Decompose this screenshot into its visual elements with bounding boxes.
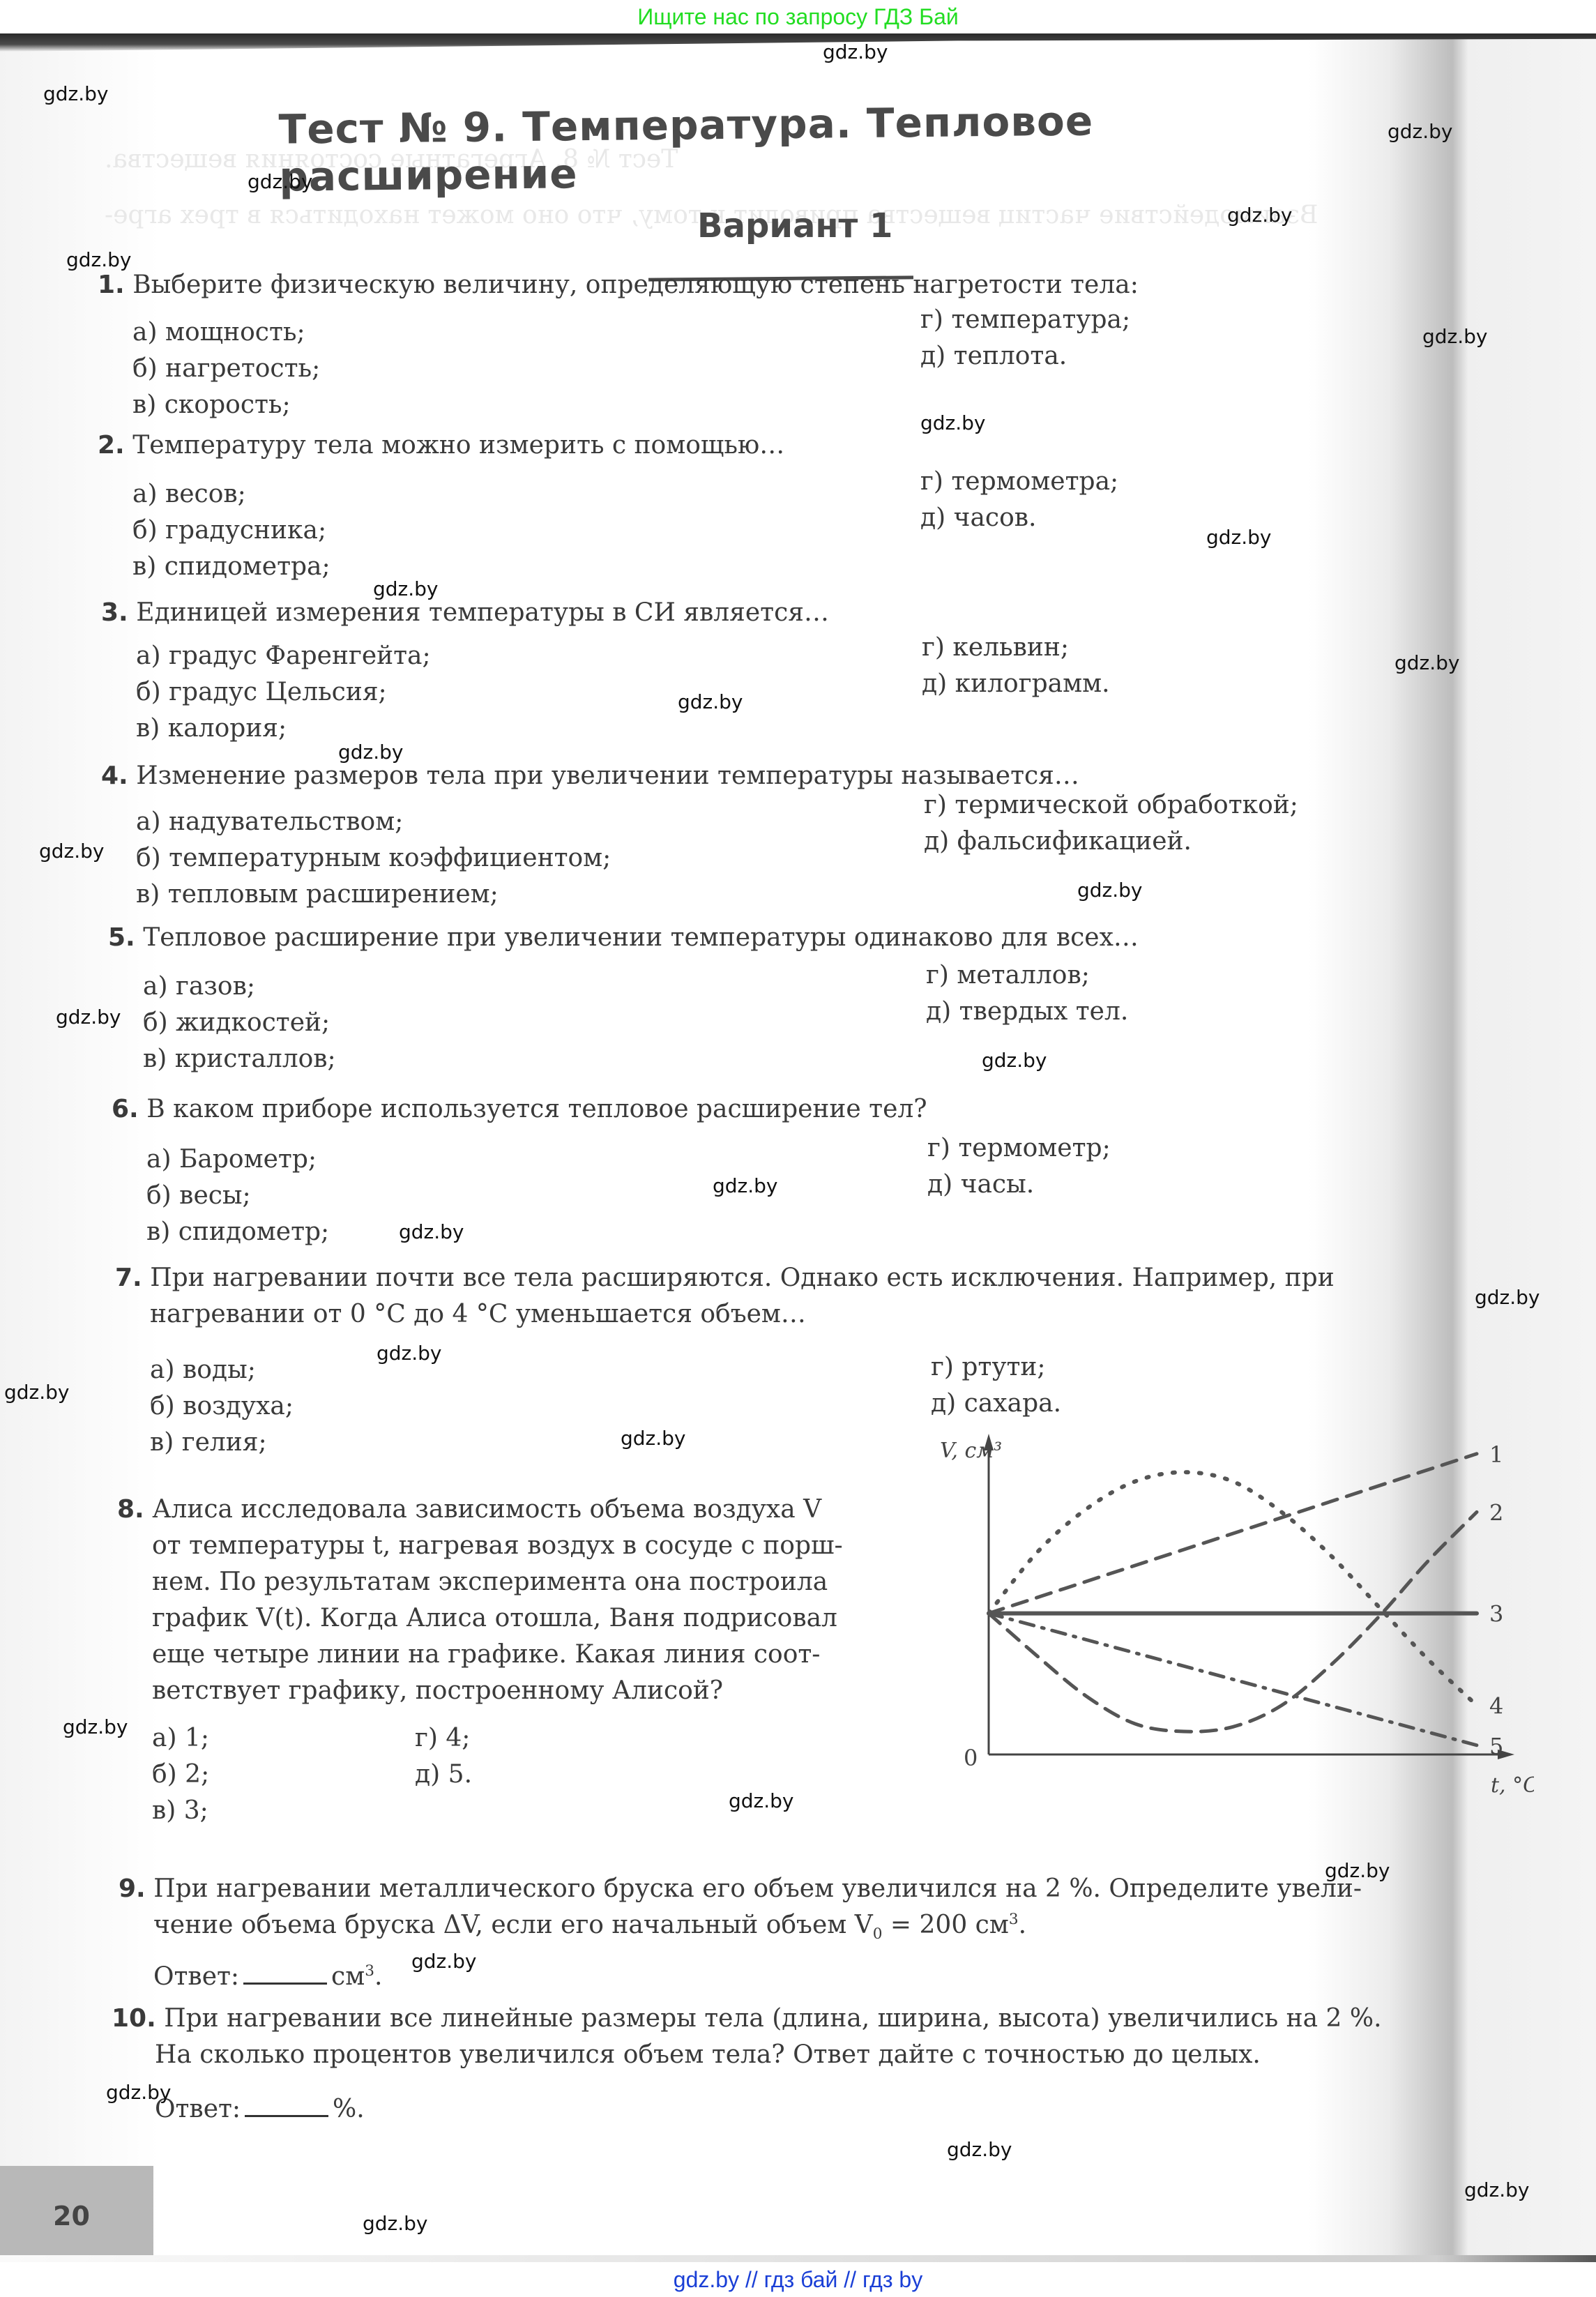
watermark: gdz.by — [56, 1006, 121, 1029]
option-d[interactable]: д) твердых тел. — [926, 997, 1128, 1026]
watermark: gdz.by — [399, 1220, 464, 1243]
question-text: Выберите физическую величину, определяющ… — [132, 271, 1139, 299]
option-b[interactable]: б) градус Цельсия; — [136, 678, 387, 706]
option-d[interactable]: д) килограмм. — [922, 669, 1110, 698]
question-text: В каком приборе используется тепловое ра… — [146, 1095, 927, 1123]
option-d[interactable]: д) часов. — [920, 503, 1036, 532]
watermark: gdz.by — [338, 741, 404, 764]
graph-line-2 — [989, 1512, 1477, 1731]
question-8-line: нем. По результатам эксперимента она пос… — [152, 1565, 828, 1600]
question-number: 6. — [112, 1095, 139, 1123]
option-a[interactable]: а) весов; — [132, 480, 246, 508]
option-v[interactable]: в) спидометра; — [132, 552, 330, 581]
question-number: 4. — [101, 761, 128, 790]
textbook-page: Тест № 8. Агрегатные состояния вещества.… — [0, 33, 1596, 2262]
question-number: 7. — [115, 1264, 142, 1292]
option-d[interactable]: д) сахара. — [931, 1389, 1061, 1418]
option-v[interactable]: в) калория; — [136, 714, 287, 743]
watermark: gdz.by — [1077, 879, 1143, 902]
bottom-banner: gdz.by // гдз бай // гдз by — [0, 2262, 1596, 2297]
answer-label: Ответ: — [153, 1962, 239, 1991]
watermark: gdz.by — [678, 690, 743, 713]
watermark: gdz.by — [920, 411, 986, 434]
question-8-line: от температуры t, нагревая воздух в сосу… — [152, 1529, 843, 1563]
option-a[interactable]: а) надувательством; — [136, 808, 403, 836]
question-2: 2. Температуру тела можно измерить с пом… — [98, 428, 784, 463]
question-text: При нагревании почти все тела расширяютс… — [150, 1264, 1335, 1292]
option-a[interactable]: а) 1; — [152, 1724, 209, 1752]
graph-svg: V, см³0t, °C12345 — [934, 1423, 1534, 1813]
option-b[interactable]: б) температурным коэффициентом; — [136, 844, 611, 872]
question-9-line-2: чение объема бруска ΔV, если его начальн… — [153, 1908, 1026, 1945]
question-5: 5. Тепловое расширение при увеличении те… — [108, 920, 1139, 955]
watermark: gdz.by — [248, 170, 313, 193]
top-banner: Ищите нас по запросу ГДЗ Бай — [0, 0, 1596, 33]
svg-text:0: 0 — [964, 1745, 978, 1771]
watermark: gdz.by — [729, 1789, 794, 1812]
option-b[interactable]: б) жидкостей; — [143, 1008, 330, 1037]
watermark: gdz.by — [66, 248, 132, 271]
question-7-line-2: нагревании от 0 °С до 4 °С уменьшается о… — [150, 1297, 806, 1332]
watermark: gdz.by — [1422, 325, 1488, 348]
svg-text:V, см³: V, см³ — [940, 1439, 1002, 1463]
option-g[interactable]: г) ртути; — [931, 1353, 1046, 1381]
question-number: 5. — [108, 923, 135, 952]
option-v[interactable]: в) спидометр; — [146, 1218, 329, 1246]
watermark: gdz.by — [1394, 651, 1460, 674]
question-8-line: график V(t). Когда Алиса отошла, Ваня по… — [152, 1601, 837, 1636]
question-number: 3. — [101, 598, 128, 627]
page-title: Тест № 9. Температура. Тепловое расширен… — [278, 95, 1297, 200]
watermark: gdz.by — [982, 1049, 1047, 1072]
answer-blank[interactable] — [245, 2115, 328, 2117]
svg-text:1: 1 — [1489, 1441, 1503, 1468]
question-text: Алиса исследовала зависимость объема воз… — [152, 1495, 821, 1524]
answer-blank[interactable] — [243, 1983, 327, 1985]
question-8: 8. Алиса исследовала зависимость объема … — [117, 1492, 821, 1527]
watermark: gdz.by — [947, 2138, 1012, 2161]
option-g[interactable]: г) термометр; — [927, 1134, 1111, 1162]
question-3: 3. Единицей измерения температуры в СИ я… — [101, 596, 829, 630]
option-v[interactable]: в) скорость; — [132, 391, 291, 419]
answer-line-10: Ответ:%. — [155, 2092, 365, 2127]
question-10-line-2: На сколько процентов увеличился объем те… — [155, 2038, 1261, 2072]
question-10: 10. При нагревании все линейные размеры … — [112, 2001, 1382, 2036]
option-a[interactable]: а) газов; — [143, 972, 255, 1001]
question-number: 2. — [98, 431, 125, 460]
question-8-line: ветствует графику, построенному Алисой? — [152, 1674, 723, 1708]
watermark: gdz.by — [363, 2212, 428, 2235]
svg-text:2: 2 — [1489, 1499, 1503, 1526]
watermark: gdz.by — [1227, 204, 1293, 227]
question-text: При нагревании металлического бруска его… — [153, 1874, 1362, 1903]
watermark: gdz.by — [713, 1174, 778, 1197]
watermark: gdz.by — [411, 1950, 477, 1973]
option-g[interactable]: г) металлов; — [926, 961, 1090, 990]
option-g[interactable]: г) 4; — [415, 1724, 470, 1752]
question-7: 7. При нагревании почти все тела расширя… — [115, 1261, 1335, 1296]
svg-text:4: 4 — [1489, 1693, 1503, 1720]
question-text: Единицей измерения температуры в СИ явля… — [136, 598, 829, 627]
question-text: Изменение размеров тела при увеличении т… — [136, 761, 1079, 790]
option-g[interactable]: г) кельвин; — [922, 633, 1069, 662]
option-a[interactable]: а) воды; — [150, 1356, 256, 1384]
watermark: gdz.by — [1464, 2178, 1530, 2201]
question-6: 6. В каком приборе используется тепловое… — [112, 1092, 927, 1127]
watermark: gdz.by — [621, 1427, 686, 1450]
question-1: 1. Выберите физическую величину, определ… — [98, 268, 1139, 303]
answer-line-9: Ответ:см3. — [153, 1959, 382, 1994]
question-8-line: еще четыре линии на графике. Какая линия… — [152, 1637, 820, 1672]
option-b[interactable]: б) нагретость; — [132, 354, 320, 383]
option-a[interactable]: а) Барометр; — [146, 1145, 317, 1174]
watermark: gdz.by — [1475, 1286, 1540, 1309]
svg-text:3: 3 — [1489, 1601, 1503, 1628]
option-b[interactable]: б) воздуха; — [150, 1392, 294, 1420]
option-v[interactable]: в) 3; — [152, 1796, 208, 1825]
watermark: gdz.by — [373, 577, 439, 600]
question-number: 9. — [119, 1874, 146, 1903]
option-b[interactable]: б) 2; — [152, 1760, 209, 1789]
question-text: При нагревании все линейные размеры тела… — [164, 2004, 1381, 2033]
option-a[interactable]: а) градус Фаренгейта; — [136, 642, 431, 670]
question-number: 8. — [117, 1495, 144, 1524]
watermark: gdz.by — [63, 1715, 128, 1738]
option-v[interactable]: в) кристаллов; — [143, 1045, 336, 1073]
option-d[interactable]: д) 5. — [415, 1760, 472, 1789]
watermark: gdz.by — [823, 40, 888, 63]
question-number: 10. — [112, 2004, 156, 2033]
svg-text:5: 5 — [1489, 1733, 1503, 1759]
watermark: gdz.by — [43, 82, 109, 105]
question-4: 4. Изменение размеров тела при увеличени… — [101, 759, 1079, 794]
variant-heading: Вариант 1 — [697, 206, 892, 245]
option-d[interactable]: д) фальсификацией. — [924, 827, 1192, 856]
watermark: gdz.by — [1206, 526, 1272, 549]
option-v[interactable]: в) гелия; — [150, 1428, 267, 1457]
question-number: 1. — [98, 271, 125, 299]
option-v[interactable]: в) тепловым расширением; — [136, 880, 499, 909]
question-text: Тепловое расширение при увеличении темпе… — [143, 923, 1139, 952]
page-bottom-edge — [0, 2255, 1596, 2262]
page-number: 20 — [53, 2201, 90, 2231]
volume-temperature-graph: V, см³0t, °C12345 — [934, 1423, 1534, 1813]
watermark: gdz.by — [1325, 1859, 1390, 1882]
option-g[interactable]: г) термической обработкой; — [924, 791, 1298, 819]
option-a[interactable]: а) мощность; — [132, 318, 305, 347]
svg-text:t, °C: t, °C — [1491, 1773, 1534, 1798]
option-g[interactable]: г) термометра; — [920, 467, 1118, 496]
question-9: 9. При нагревании металлического бруска … — [119, 1872, 1362, 1906]
option-b[interactable]: б) весы; — [146, 1181, 251, 1210]
watermark: gdz.by — [39, 840, 105, 863]
option-d[interactable]: д) часы. — [927, 1170, 1034, 1199]
watermark: gdz.by — [377, 1342, 442, 1365]
answer-unit: см — [331, 1962, 365, 1991]
option-d[interactable]: д) теплота. — [920, 342, 1067, 370]
watermark: gdz.by — [1388, 120, 1453, 143]
watermark: gdz.by — [106, 2081, 172, 2104]
option-b[interactable]: б) градусника; — [132, 516, 326, 545]
page-top-edge — [0, 33, 1596, 52]
answer-unit: %. — [333, 2095, 365, 2123]
option-g[interactable]: г) температура; — [920, 305, 1130, 334]
watermark: gdz.by — [4, 1381, 70, 1404]
question-text: Температуру тела можно измерить с помощь… — [132, 431, 784, 460]
